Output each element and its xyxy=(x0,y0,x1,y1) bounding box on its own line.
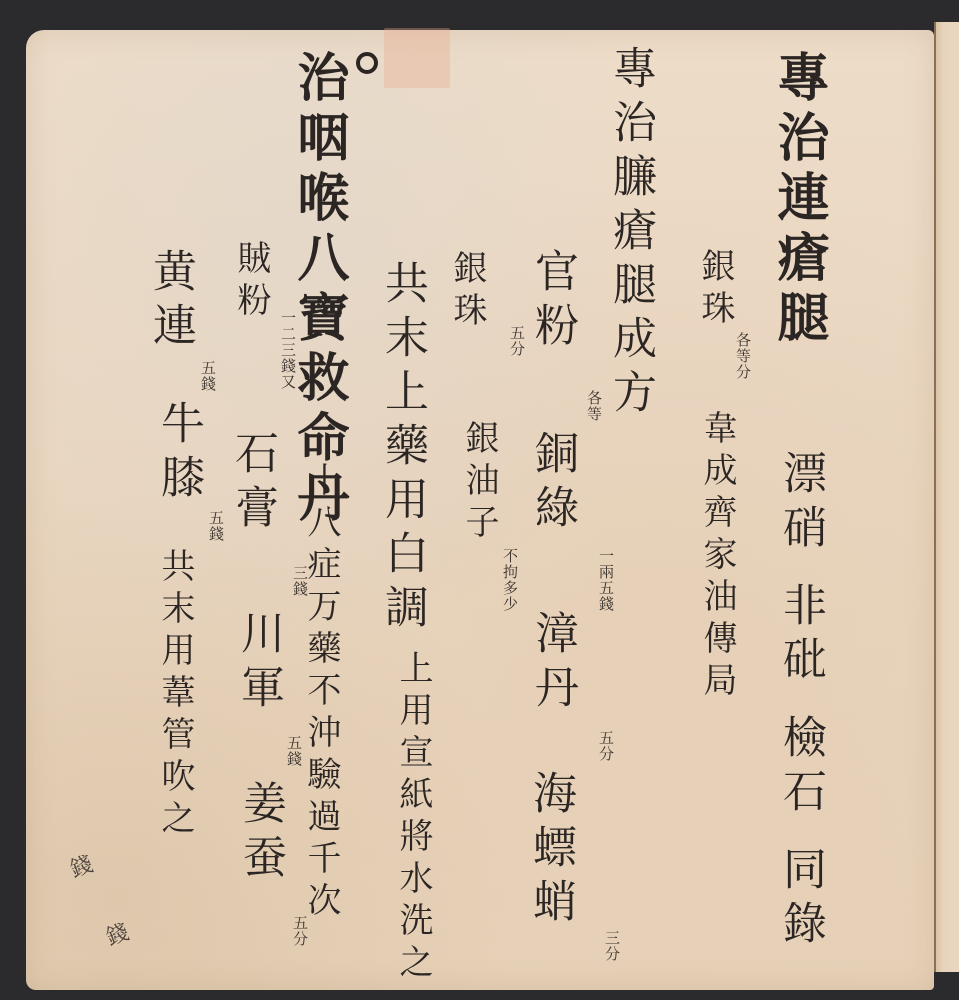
recipe-2-instructions: 共末上藥用白調 xyxy=(380,260,424,638)
scanned-manuscript: 專治連瘡腿 漂硝 非砒 檢石 同錄 銀珠 各等分 韋成齊家油傳局 專治臁瘡腿成方… xyxy=(0,0,959,1000)
ingredient-gypsum: 石膏 xyxy=(230,430,274,538)
ingredient-silver-vermilion: 銀珠 xyxy=(698,248,732,332)
recipe-title-3: 治咽喉八寶救命丹 xyxy=(292,50,344,530)
recipe-title-2: 專治臁瘡腿成方 xyxy=(608,45,652,423)
dosage-note: 一兩五錢 xyxy=(596,548,617,612)
dosage-note: 五分 xyxy=(596,730,617,762)
circle-punctuation-mark xyxy=(356,52,378,74)
recipe-3-instructions: 共末用葦管吹之 xyxy=(158,548,192,842)
ingredient-rhubarb: 川軍 xyxy=(236,610,280,718)
dosage-note: 各等分 xyxy=(733,332,754,380)
ingredient-verdigris: 銅綠 xyxy=(530,430,574,538)
ingredient-silver-oil: 銀油子 xyxy=(462,420,496,546)
recipe-title-1: 專治連瘡腿 xyxy=(772,50,824,350)
ingredient-silver-vermilion-2: 銀珠 xyxy=(450,250,484,334)
ingredient-coptis: 黄連 xyxy=(148,248,192,356)
ingredient-achyranthes: 牛膝 xyxy=(156,400,200,508)
recipe-1-ingredients: 漂硝 非砒 檢石 同錄 xyxy=(778,450,822,954)
dosage-note: 五分 xyxy=(290,915,311,947)
ingredient-cuttlefish-powder: 賊粉 xyxy=(234,240,268,324)
dosage-note: 五錢 xyxy=(284,735,305,767)
recipe-3-efficacy-note: 十八症万藥不沖驗過千次 xyxy=(304,462,338,924)
recipe-1-source: 韋成齊家油傳局 xyxy=(700,410,734,704)
ingredient-red-lead: 漳丹 xyxy=(530,610,574,718)
dosage-note: 三錢 xyxy=(290,565,311,597)
dosage-note: 三分 xyxy=(602,930,623,962)
dosage-note: 五錢 xyxy=(206,510,227,542)
facing-page-edge xyxy=(934,22,959,972)
ingredient-cuttlebone: 海螵蛸 xyxy=(528,770,572,932)
dosage-note: 各等 xyxy=(584,390,605,422)
library-seal-stamp xyxy=(384,28,450,88)
dosage-note: 一二三錢又 xyxy=(278,310,299,390)
ingredient-lead-powder: 官粉 xyxy=(530,248,574,356)
dosage-note: 不拘多少 xyxy=(500,548,521,612)
ingredient-silkworm: 姜蚕 xyxy=(238,780,282,888)
recipe-2-washing-note: 上用宣紙將水洗之 xyxy=(396,650,430,986)
dosage-note: 五錢 xyxy=(198,360,219,392)
dosage-note: 五分 xyxy=(507,325,528,357)
